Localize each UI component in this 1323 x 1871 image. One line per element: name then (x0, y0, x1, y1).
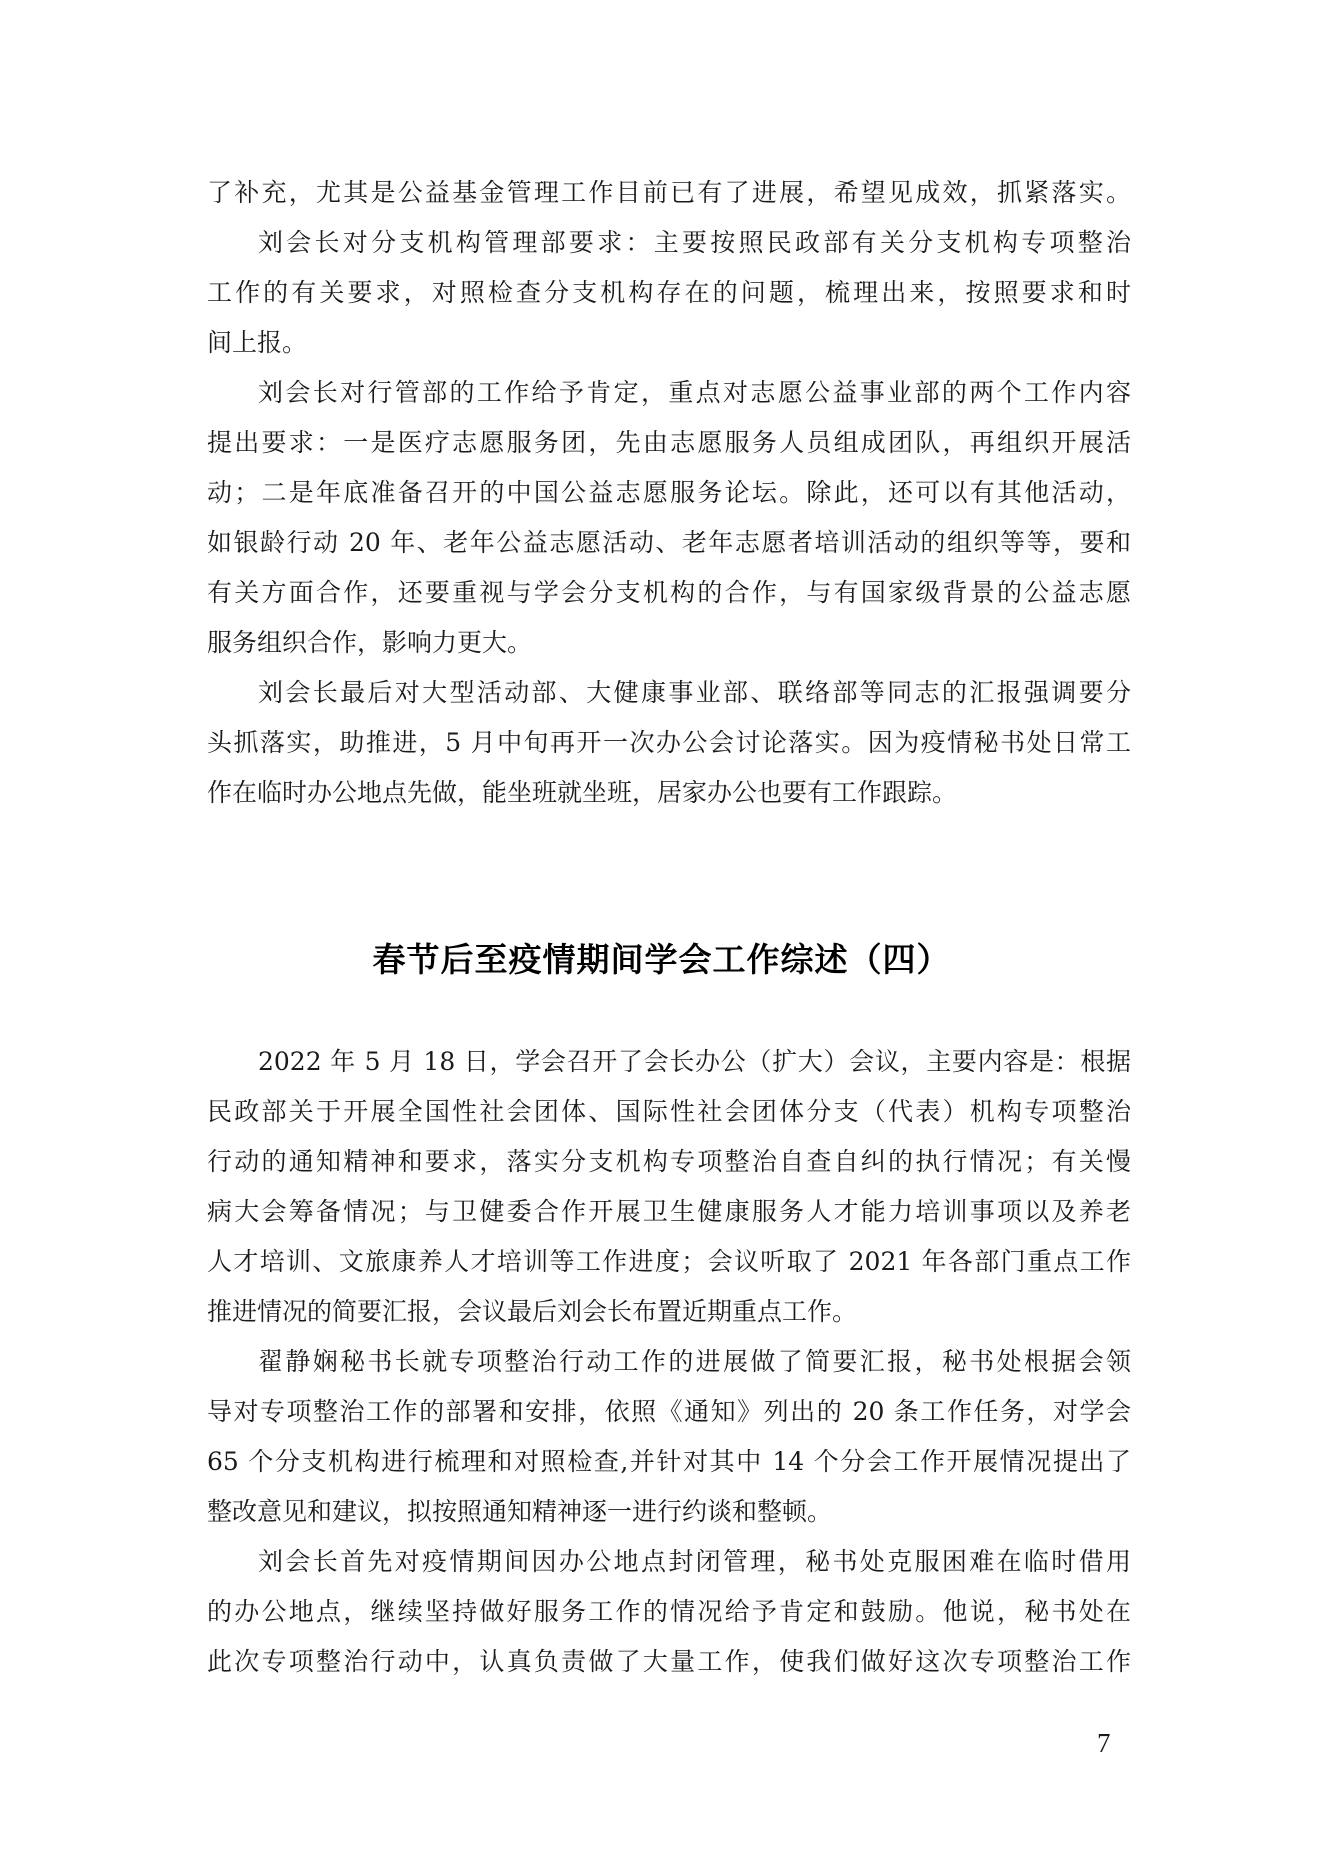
text-line: 如银龄行动 20 年、老年公益志愿活动、老年志愿者培训活动的组织等等，要和 (207, 518, 1131, 568)
text-line: 翟静娴秘书长就专项整治行动工作的进展做了简要汇报，秘书处根据会领 (207, 1337, 1131, 1387)
text-line: 刘会长首先对疫情期间因办公地点封闭管理，秘书处克服困难在临时借用 (207, 1537, 1131, 1587)
text-line: 作在临时办公地点先做，能坐班就坐班，居家办公也要有工作跟踪。 (207, 768, 1131, 818)
text-line: 导对专项整治工作的部署和安排，依照《通知》列出的 20 条工作任务，对学会 (207, 1387, 1131, 1437)
page-number: 7 (1097, 1726, 1111, 1760)
body-text-top: 了补充，尤其是公益基金管理工作目前已有了进展，希望见成效，抓紧落实。 刘会长对分… (207, 168, 1131, 818)
document-page: 了补充，尤其是公益基金管理工作目前已有了进展，希望见成效，抓紧落实。 刘会长对分… (0, 0, 1323, 1871)
text-line: 的办公地点，继续坚持做好服务工作的情况给予肯定和鼓励。他说，秘书处在 (207, 1587, 1131, 1637)
text-line: 刘会长对行管部的工作给予肯定，重点对志愿公益事业部的两个工作内容 (207, 368, 1131, 418)
text-line: 动；二是年底准备召开的中国公益志愿服务论坛。除此，还可以有其他活动， (207, 468, 1131, 518)
text-line: 有关方面合作，还要重视与学会分支机构的合作，与有国家级背景的公益志愿 (207, 568, 1131, 618)
text-line: 头抓落实，助推进，5 月中旬再开一次办公会讨论落实。因为疫情秘书处日常工 (207, 718, 1131, 768)
text-line: 推进情况的简要汇报，会议最后刘会长布置近期重点工作。 (207, 1287, 1131, 1337)
body-text-bottom: 2022 年 5 月 18 日，学会召开了会长办公（扩大）会议，主要内容是：根据… (207, 1037, 1131, 1687)
text-line: 人才培训、文旅康养人才培训等工作进度；会议听取了 2021 年各部门重点工作 (207, 1237, 1131, 1287)
section-heading: 春节后至疫情期间学会工作综述（四） (0, 932, 1323, 988)
text-line: 间上报。 (207, 318, 1131, 368)
text-line: 工作的有关要求，对照检查分支机构存在的问题，梳理出来，按照要求和时 (207, 268, 1131, 318)
text-line: 病大会筹备情况；与卫健委合作开展卫生健康服务人才能力培训事项以及养老 (207, 1187, 1131, 1237)
text-line: 刘会长最后对大型活动部、大健康事业部、联络部等同志的汇报强调要分 (207, 668, 1131, 718)
text-line: 2022 年 5 月 18 日，学会召开了会长办公（扩大）会议，主要内容是：根据 (207, 1037, 1131, 1087)
text-line: 整改意见和建议，拟按照通知精神逐一进行约谈和整顿。 (207, 1487, 1131, 1537)
text-line: 服务组织合作，影响力更大。 (207, 618, 1131, 668)
text-line: 民政部关于开展全国性社会团体、国际性社会团体分支（代表）机构专项整治 (207, 1087, 1131, 1137)
text-line: 此次专项整治行动中，认真负责做了大量工作，使我们做好这次专项整治工作 (207, 1637, 1131, 1687)
text-line: 了补充，尤其是公益基金管理工作目前已有了进展，希望见成效，抓紧落实。 (207, 168, 1131, 218)
text-line: 刘会长对分支机构管理部要求：主要按照民政部有关分支机构专项整治 (207, 218, 1131, 268)
text-line: 提出要求：一是医疗志愿服务团，先由志愿服务人员组成团队，再组织开展活 (207, 418, 1131, 468)
text-line: 65 个分支机构进行梳理和对照检查,并针对其中 14 个分会工作开展情况提出了 (207, 1437, 1131, 1487)
text-line: 行动的通知精神和要求，落实分支机构专项整治自查自纠的执行情况；有关慢 (207, 1137, 1131, 1187)
